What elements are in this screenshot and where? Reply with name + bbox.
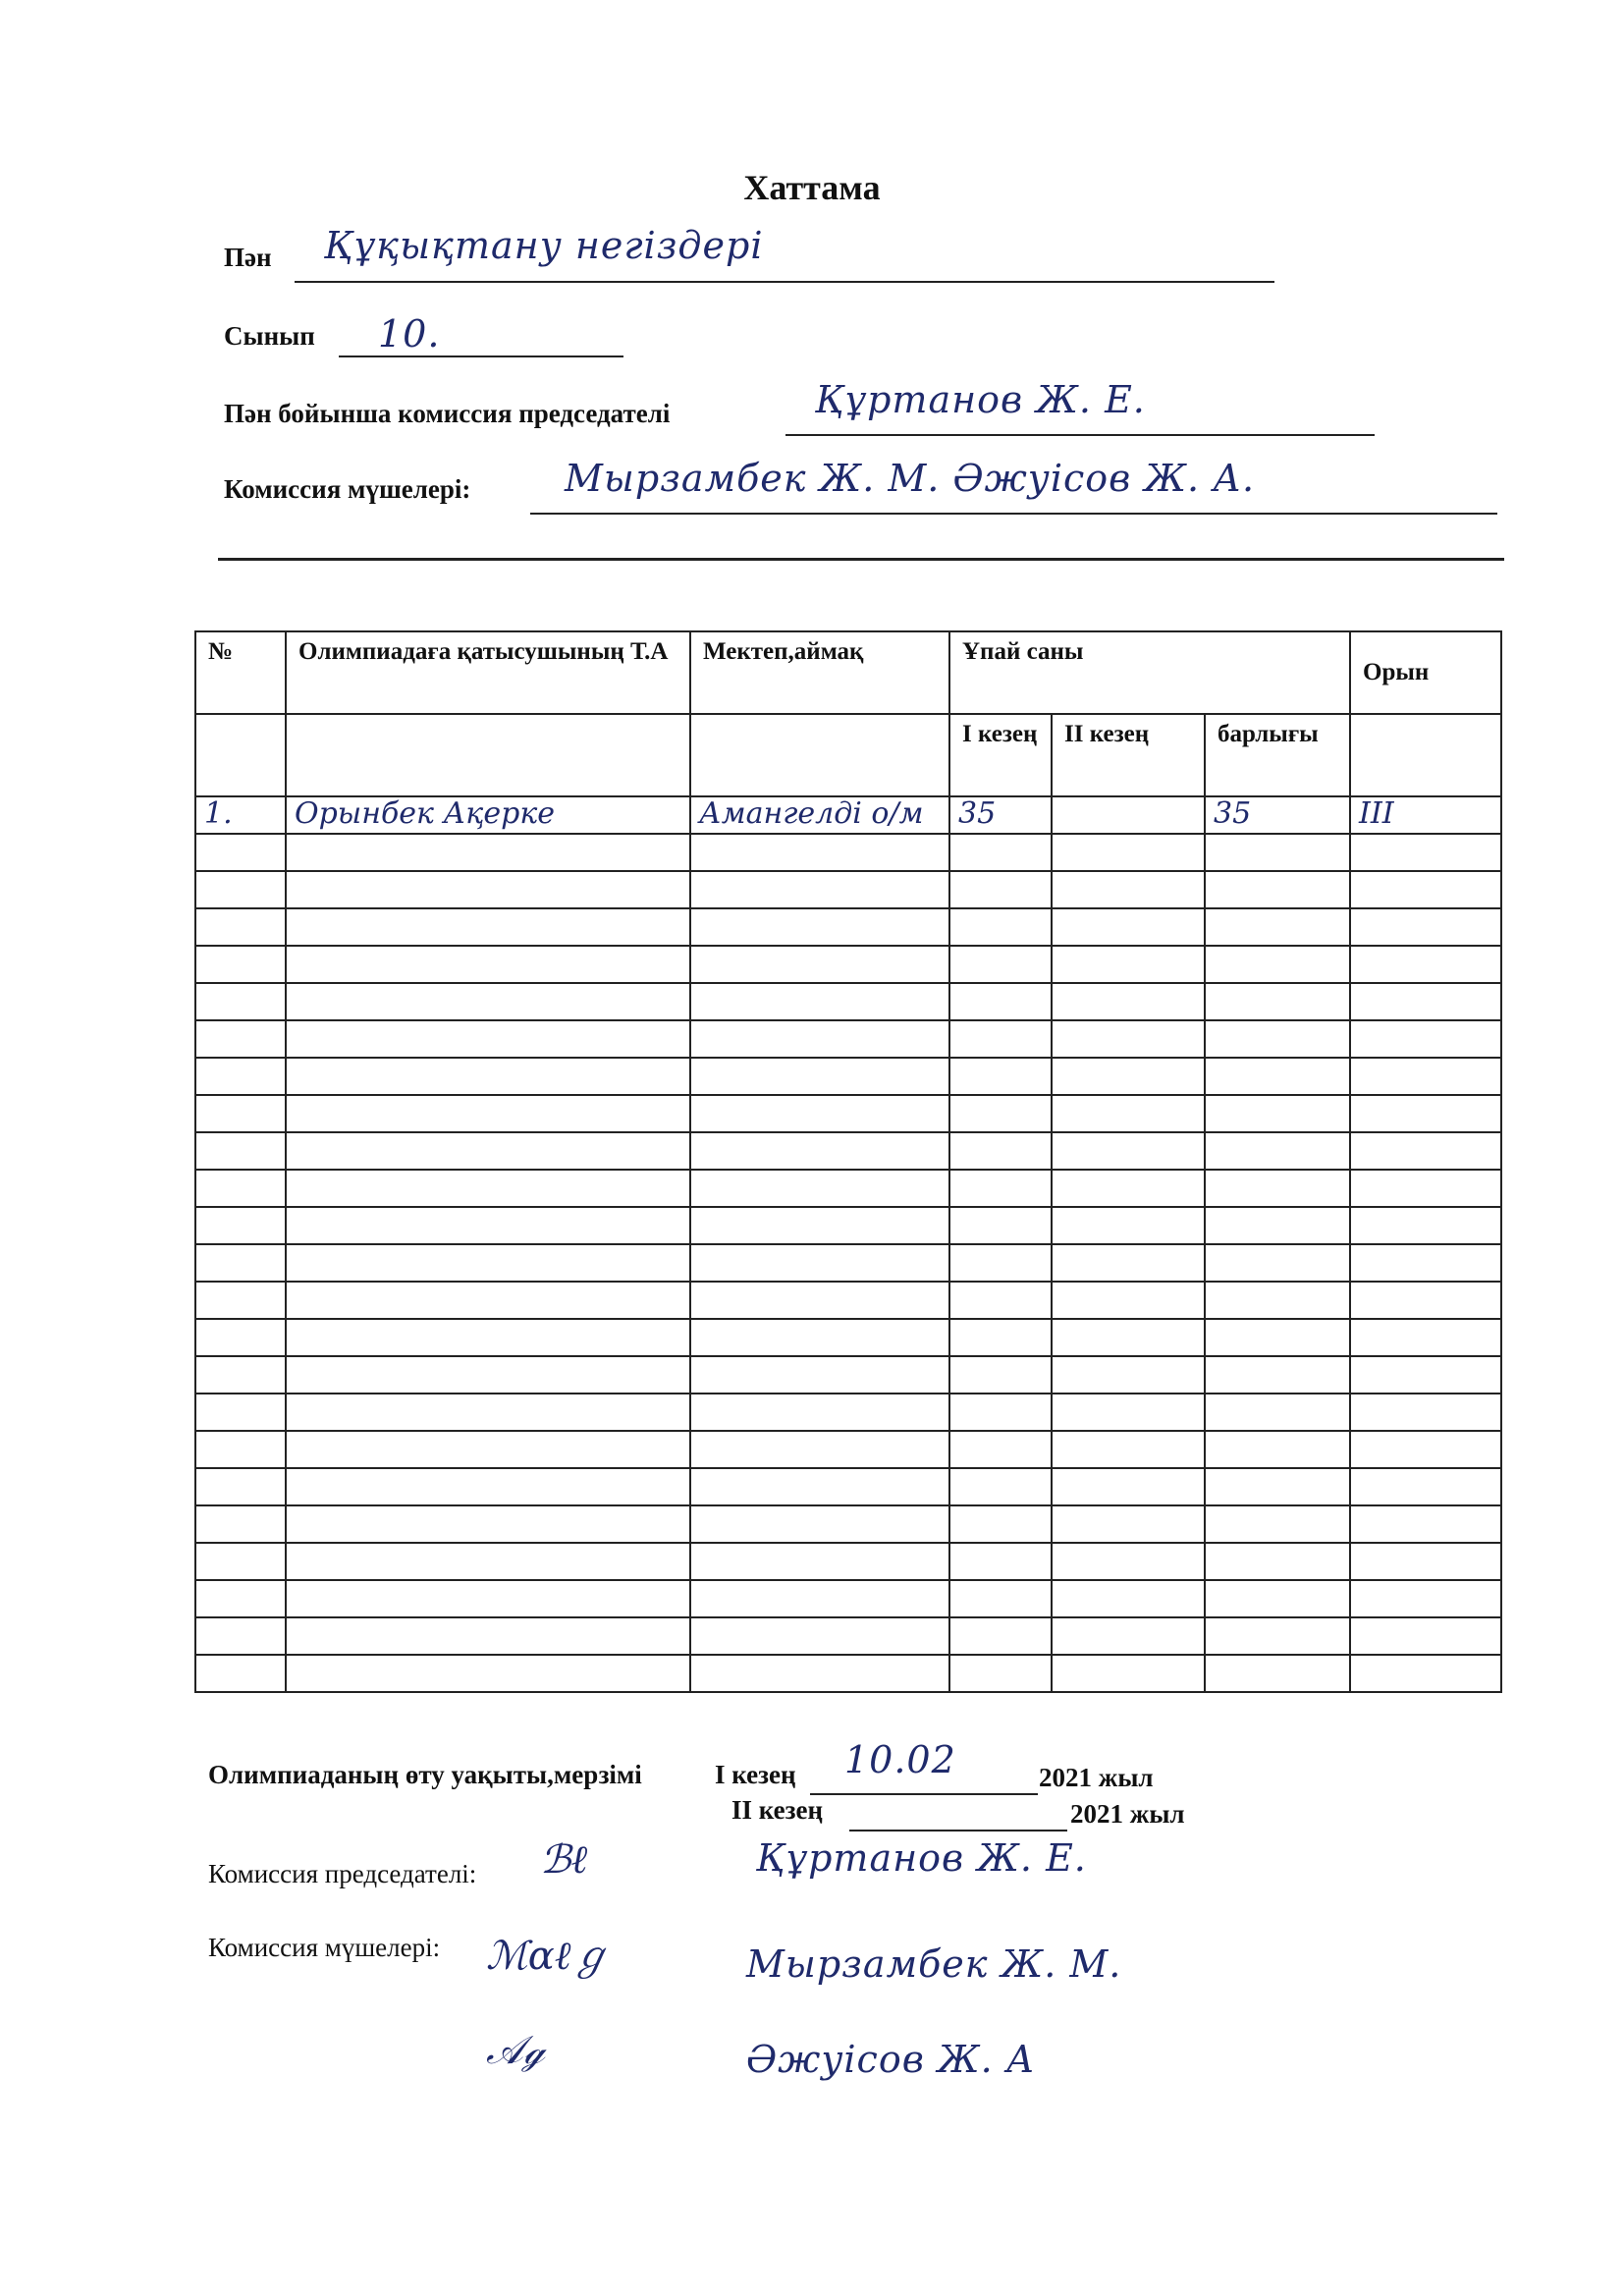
cell-school (690, 1058, 949, 1095)
place-value: III (1359, 796, 1394, 831)
header-number: № (195, 631, 286, 714)
cell-school (690, 1580, 949, 1617)
cell-stage2 (1052, 1356, 1205, 1394)
cell-number (195, 1356, 286, 1394)
cell-stage1 (949, 908, 1052, 946)
cell-school (690, 1543, 949, 1580)
table-row (195, 946, 1501, 983)
table-row (195, 1543, 1501, 1580)
cell-total (1205, 1058, 1350, 1095)
cell-stage1 (949, 1356, 1052, 1394)
cell-place (1350, 1319, 1501, 1356)
cell-stage1 (949, 834, 1052, 871)
cell-stage1 (949, 1282, 1052, 1319)
cell-participant (286, 1543, 690, 1580)
stage1-value: 35 (958, 796, 996, 831)
cell-total (1205, 1095, 1350, 1132)
stage1-date-value: 10.02 (844, 1738, 956, 1781)
cell-participant (286, 1468, 690, 1505)
cell-participant (286, 1394, 690, 1431)
cell-participant (286, 1095, 690, 1132)
total-value: 35 (1214, 796, 1251, 831)
cell-stage2 (1052, 1244, 1205, 1282)
cell-number (195, 1617, 286, 1655)
cell-number (195, 1431, 286, 1468)
cell-stage1 (949, 1505, 1052, 1543)
table-row (195, 1505, 1501, 1543)
table-row (195, 1431, 1501, 1468)
grade-value: 10. (378, 312, 440, 355)
cell-place (1350, 1505, 1501, 1543)
cell-number (195, 1282, 286, 1319)
cell-school (690, 1095, 949, 1132)
cell-school (690, 1244, 949, 1282)
cell-stage1 (949, 1095, 1052, 1132)
cell-stage2 (1052, 1095, 1205, 1132)
cell-school (690, 1505, 949, 1543)
cell-place (1350, 1170, 1501, 1207)
cell-stage2 (1052, 983, 1205, 1020)
footer-members-label: Комиссия мүшелері: (208, 1933, 440, 1963)
document-title: Хаттама (0, 167, 1624, 208)
results-table: № Олимпиадаға қатысушының Т.А Мектеп,айм… (194, 630, 1502, 1693)
cell-school (690, 1282, 949, 1319)
cell-school (690, 1394, 949, 1431)
cell-participant (286, 946, 690, 983)
header-total: барлығы (1205, 714, 1350, 796)
cell-participant (286, 908, 690, 946)
cell-number (195, 1468, 286, 1505)
cell-stage2 (1052, 1655, 1205, 1692)
cell-stage2 (1052, 871, 1205, 908)
cell-stage2 (1052, 1543, 1205, 1580)
cell-number (195, 1543, 286, 1580)
cell-number: 1. (195, 796, 286, 834)
cell-total (1205, 1282, 1350, 1319)
cell-number (195, 1319, 286, 1356)
cell-place (1350, 834, 1501, 871)
participant-value: Орынбек Ақерке (295, 796, 555, 831)
cell-place (1350, 1244, 1501, 1282)
header-stage2: II кезең (1052, 714, 1205, 796)
cell-total (1205, 1319, 1350, 1356)
header-place: Орын (1350, 631, 1501, 714)
cell-total (1205, 1655, 1350, 1692)
table-row (195, 1356, 1501, 1394)
stage2-year: 2021 жыл (1070, 1799, 1185, 1830)
cell-place (1350, 1207, 1501, 1244)
cell-stage1 (949, 1394, 1052, 1431)
cell-stage2 (1052, 1319, 1205, 1356)
cell-number (195, 1244, 286, 1282)
cell-total (1205, 1394, 1350, 1431)
table-row (195, 908, 1501, 946)
cell-participant (286, 1431, 690, 1468)
table-row (195, 1132, 1501, 1170)
cell-stage1: 35 (949, 796, 1052, 834)
cell-school (690, 908, 949, 946)
cell-place (1350, 1095, 1501, 1132)
cell-total (1205, 908, 1350, 946)
cell-total (1205, 1617, 1350, 1655)
cell-stage1 (949, 1580, 1052, 1617)
cell-total (1205, 1020, 1350, 1058)
table-row: 1.Орынбек АқеркеАмангелді о/м3535III (195, 796, 1501, 834)
cell-participant (286, 1207, 690, 1244)
cell-place (1350, 1020, 1501, 1058)
stage1-year: 2021 жыл (1039, 1763, 1154, 1793)
cell-participant (286, 1020, 690, 1058)
school-value: Амангелді о/м (699, 796, 923, 831)
cell-place (1350, 908, 1501, 946)
footer-member2-signature: Әжуісов Ж. А (746, 2038, 1036, 2081)
table-row (195, 1170, 1501, 1207)
cell-stage2 (1052, 796, 1205, 834)
table-row (195, 1095, 1501, 1132)
cell-stage2 (1052, 1431, 1205, 1468)
cell-stage1 (949, 1244, 1052, 1282)
cell-stage1 (949, 1431, 1052, 1468)
cell-school (690, 983, 949, 1020)
cell-school (690, 1468, 949, 1505)
cell-participant (286, 834, 690, 871)
cell-number (195, 1580, 286, 1617)
cell-school (690, 1617, 949, 1655)
header-participant: Олимпиадаға қатысушының Т.А (286, 631, 690, 714)
cell-number (195, 1655, 286, 1692)
cell-participant (286, 1356, 690, 1394)
cell-school (690, 1655, 949, 1692)
cell-stage2 (1052, 1617, 1205, 1655)
cell-number (195, 1132, 286, 1170)
cell-stage1 (949, 946, 1052, 983)
cell-total (1205, 1580, 1350, 1617)
cell-total (1205, 1170, 1350, 1207)
cell-place (1350, 1394, 1501, 1431)
cell-school (690, 946, 949, 983)
cell-place (1350, 1543, 1501, 1580)
cell-stage2 (1052, 1468, 1205, 1505)
table-row (195, 983, 1501, 1020)
cell-total (1205, 1431, 1350, 1468)
table-row (195, 1244, 1501, 1282)
cell-number (195, 1505, 286, 1543)
cell-participant (286, 1132, 690, 1170)
cell-stage2 (1052, 1132, 1205, 1170)
cell-school (690, 1207, 949, 1244)
cell-stage1 (949, 1207, 1052, 1244)
cell-participant (286, 1170, 690, 1207)
cell-total: 35 (1205, 796, 1350, 834)
stage2-date-line (849, 1790, 1067, 1831)
cell-total (1205, 1132, 1350, 1170)
cell-place (1350, 1282, 1501, 1319)
footer-chair-signature: Құртанов Ж. Е. (756, 1836, 1087, 1880)
cell-number (195, 1170, 286, 1207)
cell-number (195, 1020, 286, 1058)
cell-participant (286, 1580, 690, 1617)
cell-place (1350, 946, 1501, 983)
cell-participant (286, 983, 690, 1020)
cell-place (1350, 1356, 1501, 1394)
table-row (195, 1319, 1501, 1356)
chair-signature-mark: ℬℓ (540, 1836, 587, 1883)
cell-stage1 (949, 1655, 1052, 1692)
cell-number (195, 983, 286, 1020)
number-value: 1. (204, 796, 233, 831)
cell-stage1 (949, 1319, 1052, 1356)
member1-signature-mark: ℳαℓℊ (486, 1925, 610, 1981)
cell-number (195, 871, 286, 908)
subject-value: Құқықтану негіздері (324, 224, 763, 267)
cell-place (1350, 1058, 1501, 1095)
cell-stage2 (1052, 1058, 1205, 1095)
table-row (195, 1580, 1501, 1617)
cell-school (690, 834, 949, 871)
cell-stage1 (949, 1170, 1052, 1207)
cell-stage2 (1052, 1282, 1205, 1319)
table-row (195, 1655, 1501, 1692)
cell-number (195, 1095, 286, 1132)
table-row (195, 1394, 1501, 1431)
cell-place (1350, 983, 1501, 1020)
cell-stage1 (949, 1468, 1052, 1505)
table-row (195, 1020, 1501, 1058)
cell-number (195, 1207, 286, 1244)
cell-stage1 (949, 983, 1052, 1020)
cell-number (195, 1394, 286, 1431)
cell-total (1205, 1468, 1350, 1505)
header-school: Мектеп,аймақ (690, 631, 949, 714)
cell-stage2 (1052, 1394, 1205, 1431)
stage2-date-label: II кезең (731, 1795, 823, 1826)
cell-participant (286, 1244, 690, 1282)
cell-participant: Орынбек Ақерке (286, 796, 690, 834)
cell-total (1205, 1543, 1350, 1580)
cell-school (690, 1020, 949, 1058)
cell-total (1205, 871, 1350, 908)
cell-total (1205, 983, 1350, 1020)
chair-label: Пән бойынша комиссия председателі (224, 399, 670, 429)
cell-place (1350, 1132, 1501, 1170)
table-row (195, 1058, 1501, 1095)
cell-total (1205, 1244, 1350, 1282)
cell-school (690, 1319, 949, 1356)
cell-number (195, 946, 286, 983)
cell-stage1 (949, 1020, 1052, 1058)
table-row (195, 1282, 1501, 1319)
cell-place (1350, 1431, 1501, 1468)
subject-label: Пән (224, 243, 272, 273)
cell-school (690, 1431, 949, 1468)
header-stage1: I кезең (949, 714, 1052, 796)
cell-stage2 (1052, 1170, 1205, 1207)
cell-school (690, 1170, 949, 1207)
cell-stage1 (949, 1058, 1052, 1095)
cell-total (1205, 1207, 1350, 1244)
cell-stage2 (1052, 1207, 1205, 1244)
cell-stage2 (1052, 946, 1205, 983)
cell-number (195, 834, 286, 871)
cell-number (195, 1058, 286, 1095)
members-label: Комиссия мүшелері: (224, 474, 470, 505)
stage1-date-label: I кезең (715, 1760, 796, 1790)
cell-stage1 (949, 1617, 1052, 1655)
cell-total (1205, 1356, 1350, 1394)
cell-place: III (1350, 796, 1501, 834)
members-value: Мырзамбек Ж. М. Әжуісов Ж. А. (565, 457, 1255, 500)
footer-member1-signature: Мырзамбек Ж. М. (746, 1942, 1121, 1986)
cell-stage2 (1052, 834, 1205, 871)
cell-total (1205, 946, 1350, 983)
cell-school (690, 871, 949, 908)
member2-signature-mark: 𝒜ℊ (486, 2028, 545, 2073)
header-points: Ұпай саны (949, 631, 1350, 714)
cell-place (1350, 1655, 1501, 1692)
cell-place (1350, 1580, 1501, 1617)
cell-school (690, 1356, 949, 1394)
cell-place (1350, 1617, 1501, 1655)
cell-stage2 (1052, 908, 1205, 946)
header-divider (218, 558, 1504, 561)
grade-label: Сынып (224, 321, 315, 352)
cell-stage2 (1052, 1020, 1205, 1058)
cell-number (195, 908, 286, 946)
cell-total (1205, 1505, 1350, 1543)
table-row (195, 834, 1501, 871)
cell-total (1205, 834, 1350, 871)
cell-stage1 (949, 1132, 1052, 1170)
table-row (195, 1468, 1501, 1505)
cell-stage2 (1052, 1580, 1205, 1617)
cell-participant (286, 1282, 690, 1319)
footer-chair-label: Комиссия председателі: (208, 1859, 476, 1889)
cell-participant (286, 1058, 690, 1095)
table-row (195, 1617, 1501, 1655)
cell-stage2 (1052, 1505, 1205, 1543)
dates-label: Олимпиаданың өту уақыты,мерзімі (208, 1760, 642, 1790)
table-row (195, 1207, 1501, 1244)
table-row (195, 871, 1501, 908)
cell-participant (286, 1505, 690, 1543)
cell-stage1 (949, 871, 1052, 908)
cell-participant (286, 1617, 690, 1655)
chair-value: Құртанов Ж. Е. (815, 378, 1146, 421)
cell-school: Амангелді о/м (690, 796, 949, 834)
cell-place (1350, 871, 1501, 908)
cell-participant (286, 1319, 690, 1356)
cell-place (1350, 1468, 1501, 1505)
cell-school (690, 1132, 949, 1170)
cell-participant (286, 871, 690, 908)
cell-stage1 (949, 1543, 1052, 1580)
cell-participant (286, 1655, 690, 1692)
